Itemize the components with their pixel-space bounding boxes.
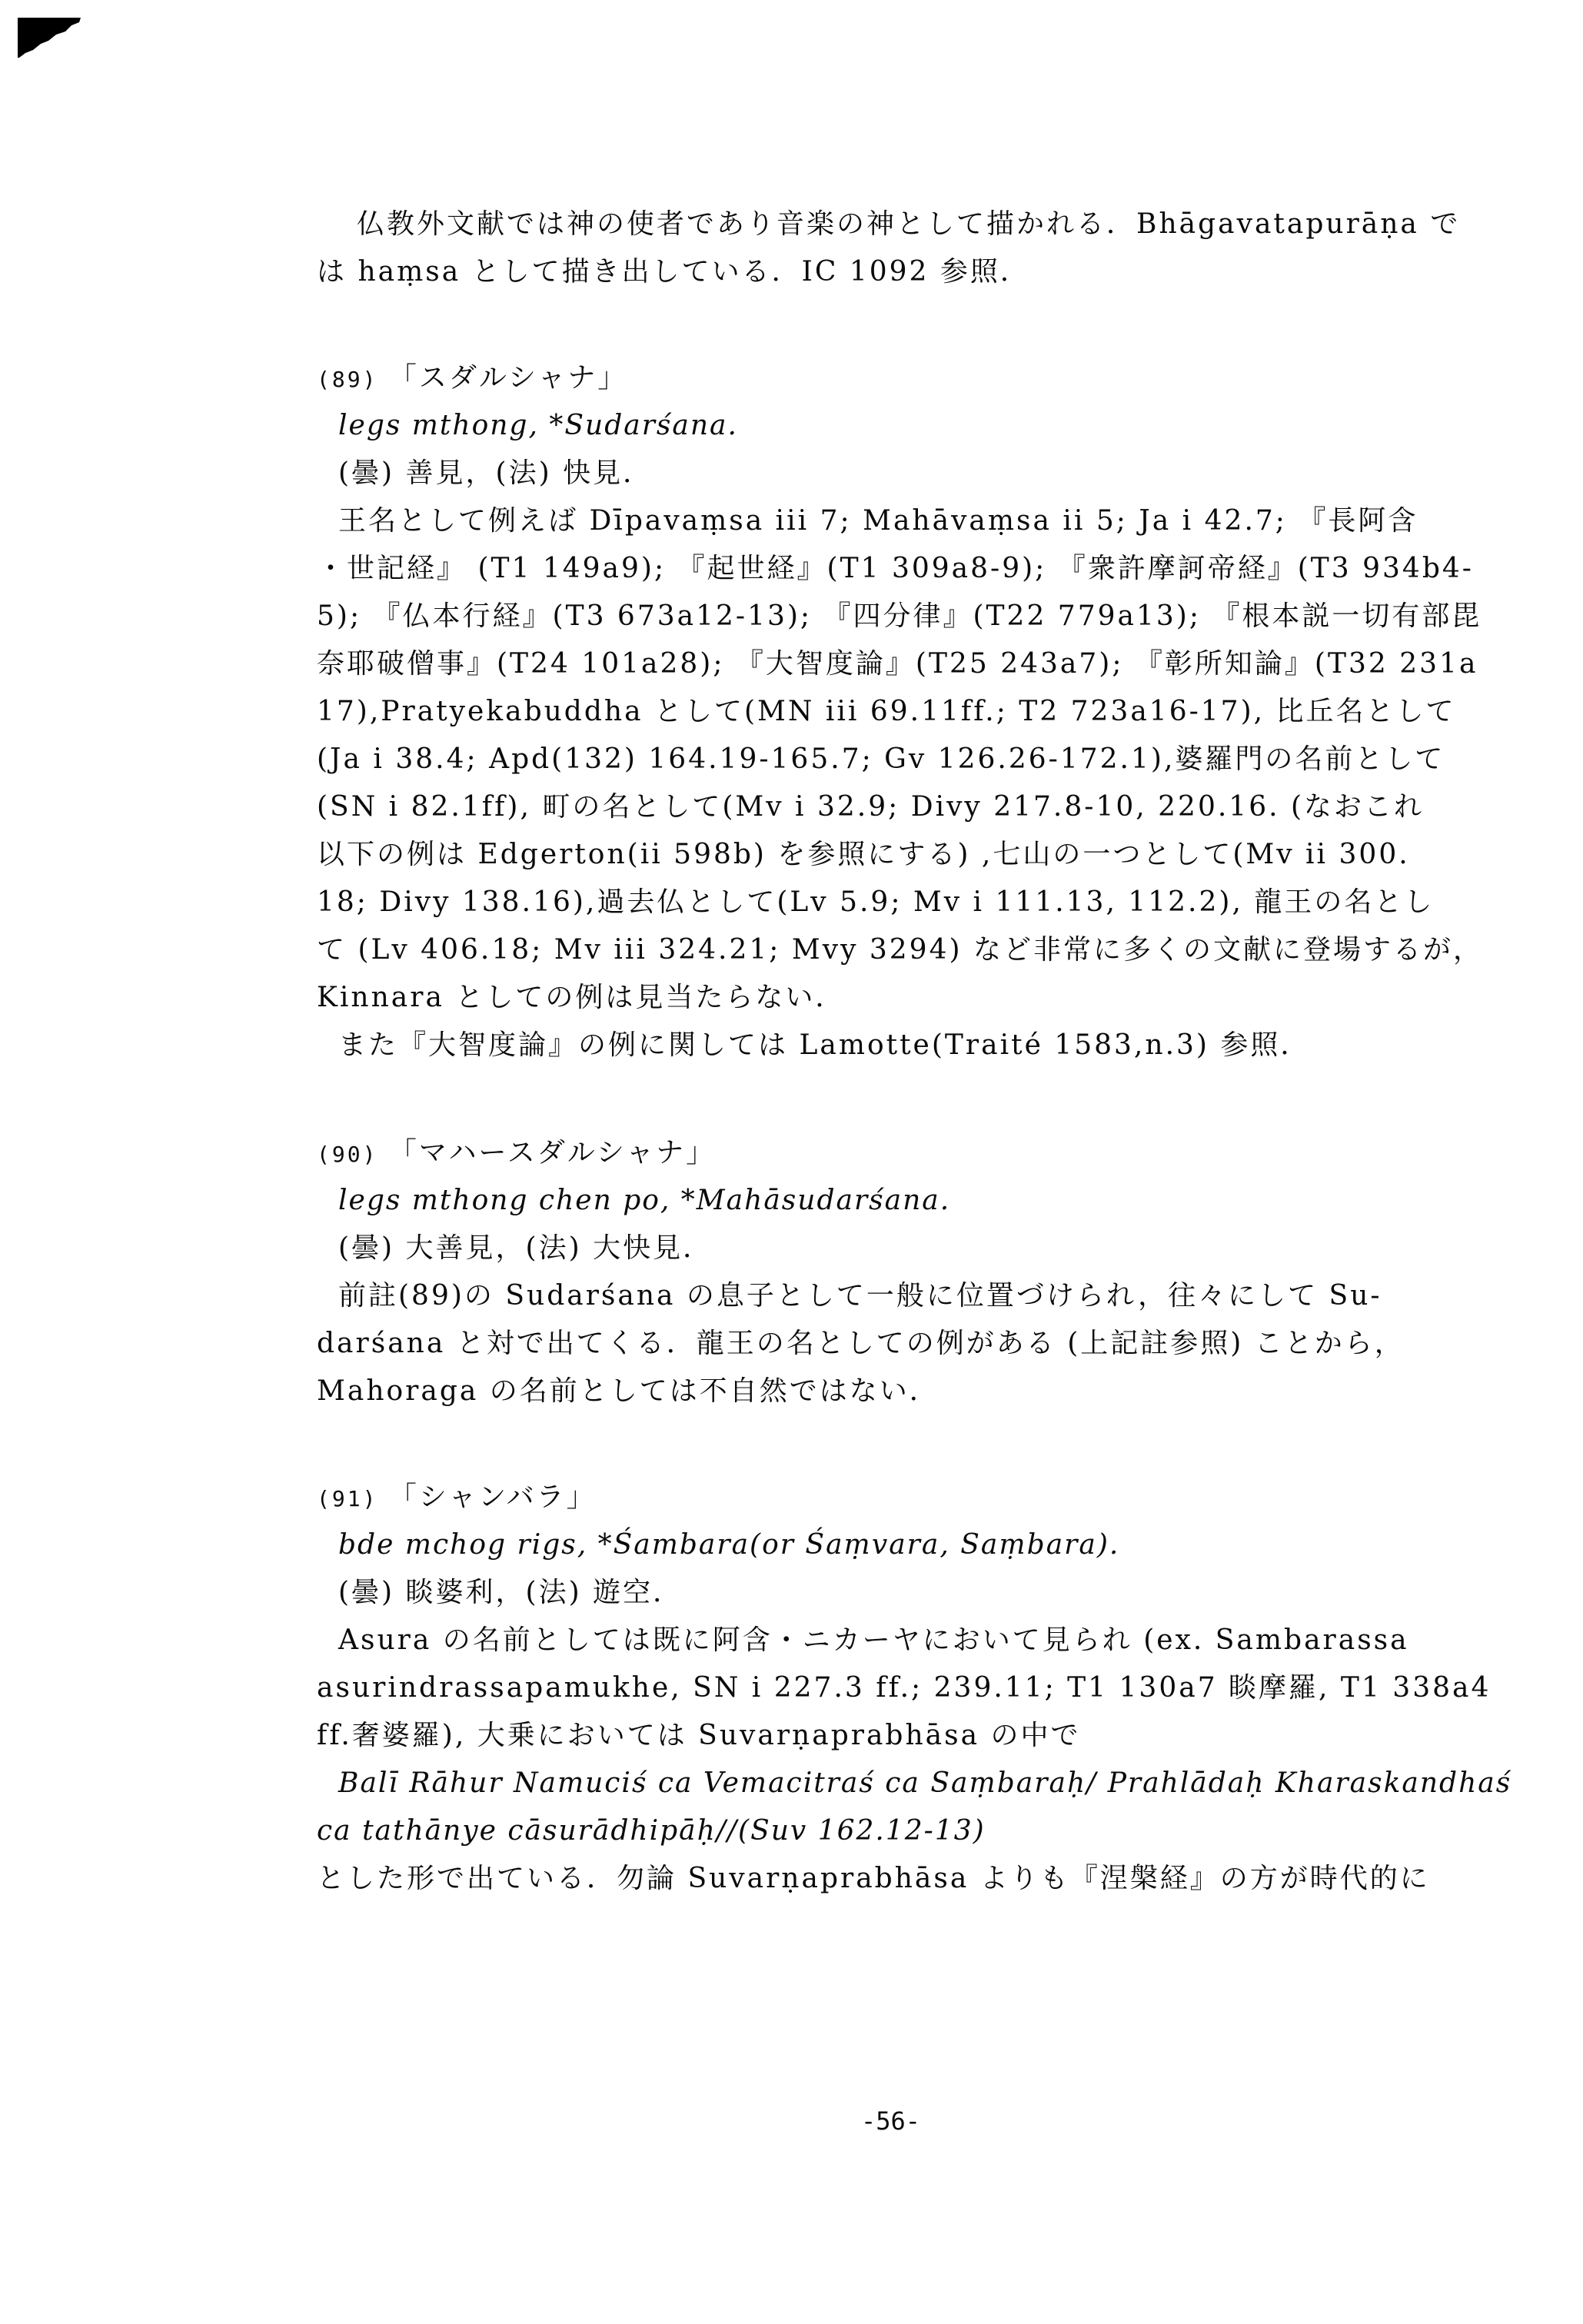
- intro-line-1: 仏教外文献では神の使者であり音楽の神として描かれる．Bhāgavatapurāṇ…: [317, 209, 1460, 240]
- note-89-extra-line: また『大智度論』の例に関しては Lamotte(Traité 1583,n.3)…: [317, 1030, 1310, 1061]
- note-89-body-line: 5); 『仏本行経』(T3 673a12-13); 『四分律』(T22 779a…: [317, 601, 1482, 632]
- term: legs mthong chen po, *Mahāsudarśana.: [338, 1185, 950, 1216]
- note-89-body-line: 18; Divy 138.16),過去仏として(Lv 5.9; Mv i 111…: [317, 887, 1434, 918]
- note-91-quote-line: ca tathānye cāsurādhipāḥ//(Suv 162.12-13…: [317, 1816, 986, 1847]
- note-89-body-line: Kinnara としての例は見当たらない．: [317, 982, 845, 1013]
- note-89-body-line: ・世記経』 (T1 149a9); 『起世経』(T1 309a8-9); 『衆許…: [317, 554, 1474, 584]
- note-89-body-line: て (Lv 406.18; Mv iii 324.21; Mvy 3294) な…: [317, 935, 1483, 966]
- note-title: 「マハースダルシャナ」: [389, 1137, 716, 1169]
- note-90-body-line: Mahoraga の名前としては不自然ではない．: [317, 1376, 939, 1407]
- note-89-body-line: (SN i 82.1ff), 町の名として(Mv i 32.9; Divy 21…: [317, 792, 1424, 823]
- note-91-after-quote: とした形で出ている．勿論 Suvarṇaprabhāsa よりも『涅槃経』の方が…: [317, 1864, 1430, 1894]
- note-90-heading: (90) 「マハースダルシャナ」: [317, 1138, 716, 1169]
- note-91-body-line: ff.奢婆羅), 大乗においては Suvarṇaprabhāsa の中で: [317, 1721, 1080, 1751]
- note-89-body-line: 17),Pratyekabuddha として(MN iii 69.11ff.; …: [317, 697, 1456, 727]
- note-number: (89): [317, 367, 377, 392]
- note-89-body-line: 以下の例は Edgerton(ii 598b) を参照にする) ,七山の一つとし…: [317, 839, 1410, 870]
- term: legs mthong, *Sudarśana.: [338, 410, 738, 441]
- note-89-body-line: 奈耶破僧事』(T24 101a28); 『大智度論』(T25 243a7); 『…: [317, 649, 1478, 680]
- note-title: 「スダルシャナ」: [389, 362, 627, 394]
- note-89-heading: (89) 「スダルシャナ」: [317, 363, 627, 394]
- note-89-tibetan-sanskrit: legs mthong, *Sudarśana.: [317, 411, 738, 441]
- intro-line-2: は haṃsa として描き出している．IC 1092 参照．: [317, 257, 1030, 288]
- note-title: 「シャンバラ」: [389, 1481, 597, 1513]
- note-number: (90): [317, 1142, 377, 1167]
- page-number: -56-: [861, 2106, 920, 2136]
- note-91-body-line: Asura の名前としては既に阿含・ニカーヤにおいて見られ (ex. Samba…: [317, 1625, 1409, 1656]
- note-90-tibetan-sanskrit: legs mthong chen po, *Mahāsudarśana.: [317, 1185, 950, 1216]
- sanskrit-verse: ca tathānye cāsurādhipāḥ//(Suv 162.12-13…: [317, 1815, 986, 1847]
- scan-corner-mark: [18, 18, 81, 58]
- note-90-chinese-equivalents: (曇) 大善見，(法) 大快見．: [317, 1233, 713, 1264]
- corner-mark-icon: [18, 18, 81, 58]
- note-91-quote-line: Balī Rāhur Namuciś ca Vemacitraś ca Saṃb…: [317, 1768, 1511, 1799]
- term: bde mchog rigs, *Śambara(or Śaṃvara, Saṃ…: [338, 1529, 1119, 1561]
- note-89-body-line: 王名として例えば Dīpavaṃsa iii 7; Mahāvaṃsa ii 5…: [317, 506, 1418, 537]
- note-91-heading: (91) 「シャンバラ」: [317, 1482, 597, 1513]
- note-91-tibetan-sanskrit: bde mchog rigs, *Śambara(or Śaṃvara, Saṃ…: [317, 1530, 1119, 1561]
- note-89-body-line: (Ja i 38.4; Apd(132) 164.19-165.7; Gv 12…: [317, 744, 1445, 775]
- note-number: (91): [317, 1486, 377, 1511]
- note-89-chinese-equivalents: (曇) 善見，(法) 快見．: [317, 458, 653, 489]
- note-90-body-line: 前註(89)の Sudarśana の息子として一般に位置づけられ，往々にして …: [317, 1281, 1382, 1312]
- note-91-chinese-equivalents: (曇) 睒婆利，(法) 遊空．: [317, 1578, 683, 1608]
- note-90-body-line: darśana と対で出てくる．龍王の名としての例がある (上記註参照) ことか…: [317, 1328, 1405, 1359]
- sanskrit-verse: Balī Rāhur Namuciś ca Vemacitraś ca Saṃb…: [338, 1767, 1511, 1799]
- note-91-body-line: asurindrassapamukhe, SN i 227.3 ff.; 239…: [317, 1673, 1491, 1704]
